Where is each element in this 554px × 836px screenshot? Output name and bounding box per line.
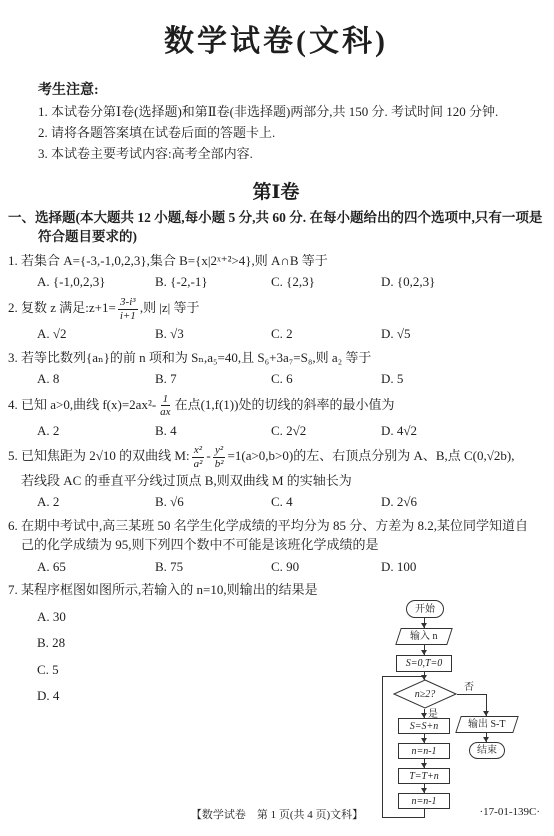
fraction-denominator: a² (192, 458, 205, 471)
flowchart-output-node: 输出 S-T (455, 716, 519, 733)
option-a: A. √2 (37, 324, 155, 344)
volume-title: 第Ⅰ卷 (8, 177, 544, 204)
question-6-stem-line1: 6. 在期中考试中,高三某班 50 名学生化学成绩的平均分为 85 分、方差为 … (8, 516, 544, 536)
flowchart-no-label: 否 (464, 680, 474, 695)
fraction-numerator: 3-i³ (118, 296, 138, 310)
option-b: B. √3 (155, 324, 271, 344)
option-c: C. 2√2 (271, 421, 381, 441)
notice-item: 3. 本试卷主要考试内容:高考全部内容. (38, 144, 544, 165)
question-1-stem: 1. 若集合 A={-3,-1,0,2,3},集合 B={x|2ˣ⁺²>4},则… (8, 251, 544, 271)
stem-text: 2. 复数 z 满足:z+1= (8, 300, 116, 315)
option-c: C. 6 (271, 369, 381, 389)
fraction-numerator: x² (192, 444, 204, 458)
option-c: C. {2,3} (271, 272, 381, 292)
fraction-numerator: y² (213, 444, 225, 458)
part-heading-line1: 一、选择题(本大题共 12 小题,每小题 5 分,共 60 分. 在每小题给出的… (8, 208, 544, 228)
stem-text: - (206, 449, 210, 464)
option-a: A. 65 (37, 557, 155, 577)
fraction: y²b² (213, 444, 226, 470)
option-b: B. 4 (155, 421, 271, 441)
question-5-stem-line2: 若线段 AC 的垂直平分线过顶点 B,则双曲线 M 的实轴长为 (8, 471, 544, 491)
flowchart-dec-n1-node: n=n-1 (398, 743, 450, 759)
arrow-down-icon (421, 738, 427, 743)
question-1: 1. 若集合 A={-3,-1,0,2,3},集合 B={x|2ˣ⁺²>4},则… (8, 251, 544, 292)
arrow-down-icon (421, 650, 427, 655)
arrow-down-icon (421, 713, 427, 718)
page-title: 数学试卷(文科) (8, 16, 544, 60)
flow-line (382, 676, 383, 818)
question-1-options: A. {-1,0,2,3} B. {-2,-1} C. {2,3} D. {0,… (8, 272, 544, 292)
flowchart-output-label: 输出 S-T (468, 717, 506, 732)
question-6: 6. 在期中考试中,高三某班 50 名学生化学成绩的平均分为 85 分、方差为 … (8, 516, 544, 577)
page-content: 数学试卷(文科) 考生注意: 1. 本试卷分第Ⅰ卷(选择题)和第Ⅱ卷(非选择题)… (0, 0, 554, 832)
option-a: A. 8 (37, 369, 155, 389)
notice-item: 1. 本试卷分第Ⅰ卷(选择题)和第Ⅱ卷(非选择题)两部分,共 150 分. 考试… (38, 102, 544, 123)
option-c: C. 2 (271, 324, 381, 344)
fraction: 1ax (158, 393, 172, 419)
option-b: B. √6 (155, 492, 271, 512)
question-3-stem: 3. 若等比数列{aₙ}的前 n 项和为 Sₙ,a₅=40,且 S₆+3a₇=S… (8, 348, 544, 368)
flowchart-init-node: S=0,T=0 (396, 655, 452, 672)
program-flowchart: 开始 输入 n S=0,T=0 n≥2? 否 是 S=S+n 输出 S-T 结束… (368, 594, 538, 826)
stem-text: 5. 已知焦距为 2√10 的双曲线 M: (8, 449, 190, 464)
option-d: D. 5 (381, 369, 544, 389)
question-2: 2. 复数 z 满足:z+1=3-i³i+1,则 |z| 等于 A. √2 B.… (8, 296, 544, 344)
arrow-down-icon (483, 711, 489, 716)
footer-page-number: 【数学试卷 第 1 页(共 4 页)文科】 (0, 806, 554, 822)
question-2-options: A. √2 B. √3 C. 2 D. √5 (8, 324, 544, 344)
option-c: C. 4 (271, 492, 381, 512)
part-heading: 一、选择题(本大题共 12 小题,每小题 5 分,共 60 分. 在每小题给出的… (8, 208, 544, 247)
fraction-denominator: i+1 (118, 310, 138, 323)
part-heading-line2: 符合题目要求的) (8, 227, 544, 247)
arrow-down-icon (421, 763, 427, 768)
flow-line (382, 676, 424, 677)
option-d: D. 2√6 (381, 492, 544, 512)
question-3-options: A. 8 B. 7 C. 6 D. 5 (8, 369, 544, 389)
question-2-stem: 2. 复数 z 满足:z+1=3-i³i+1,则 |z| 等于 (8, 296, 544, 322)
stem-text: =1(a>0,b>0)的左、右顶点分别为 A、B,点 C(0,√2b), (228, 449, 515, 464)
footer-document-code: ·17-01-139C· (480, 806, 541, 818)
question-7: 7. 某程序框图如图所示,若输入的 n=10,则输出的结果是 A. 30 B. … (8, 580, 544, 832)
arrow-down-icon (483, 737, 489, 742)
question-4-options: A. 2 B. 4 C. 2√2 D. 4√2 (8, 421, 544, 441)
option-b: B. 7 (155, 369, 271, 389)
flow-line (457, 694, 487, 695)
option-d: D. {0,2,3} (381, 272, 544, 292)
flowchart-input-node: 输入 n (395, 628, 453, 645)
notice-block: 考生注意: 1. 本试卷分第Ⅰ卷(选择题)和第Ⅱ卷(非选择题)两部分,共 150… (38, 80, 544, 165)
option-c: C. 90 (271, 557, 381, 577)
question-5-stem: 5. 已知焦距为 2√10 的双曲线 M:x²a²-y²b²=1(a>0,b>0… (8, 444, 544, 470)
fraction-denominator: b² (213, 458, 226, 471)
fraction: 3-i³i+1 (118, 296, 138, 322)
question-4: 4. 已知 a>0,曲线 f(x)=2ax²-1ax在点(1,f(1))处的切线… (8, 393, 544, 441)
option-a: A. {-1,0,2,3} (37, 272, 155, 292)
option-d: D. 4√2 (381, 421, 544, 441)
option-a: A. 2 (37, 492, 155, 512)
option-b: B. 75 (155, 557, 271, 577)
page-footer: 【数学试卷 第 1 页(共 4 页)文科】 ·17-01-139C· (0, 806, 554, 822)
arrow-down-icon (421, 788, 427, 793)
option-a: A. 2 (37, 421, 155, 441)
flowchart-input-label: 输入 n (410, 629, 438, 644)
fraction: x²a² (192, 444, 205, 470)
flowchart-condition-label: n≥2? (393, 687, 457, 702)
question-5-options: A. 2 B. √6 C. 4 D. 2√6 (8, 492, 544, 512)
question-6-stem-line2: 己的化学成绩为 95,则下列四个数中不可能是该班化学成绩的是 (8, 535, 544, 555)
stem-text: 4. 已知 a>0,曲线 f(x)=2ax²- (8, 397, 156, 412)
flowchart-add-s-node: S=S+n (398, 718, 450, 734)
flowchart-end-node: 结束 (469, 742, 505, 759)
question-6-options: A. 65 B. 75 C. 90 D. 100 (8, 557, 544, 577)
notice-heading: 考生注意: (38, 80, 544, 102)
flowchart-start-node: 开始 (406, 600, 444, 618)
option-d: D. 100 (381, 557, 544, 577)
stem-text: ,则 |z| 等于 (140, 300, 200, 315)
flowchart-add-t-node: T=T+n (398, 768, 450, 784)
notice-item: 2. 请将各题答案填在试卷后面的答题卡上. (38, 123, 544, 144)
option-d: D. √5 (381, 324, 544, 344)
exam-page: 数学试卷(文科) 考生注意: 1. 本试卷分第Ⅰ卷(选择题)和第Ⅱ卷(非选择题)… (0, 0, 554, 836)
question-5: 5. 已知焦距为 2√10 的双曲线 M:x²a²-y²b²=1(a>0,b>0… (8, 444, 544, 511)
arrow-down-icon (421, 623, 427, 628)
question-4-stem: 4. 已知 a>0,曲线 f(x)=2ax²-1ax在点(1,f(1))处的切线… (8, 393, 544, 419)
fraction-numerator: 1 (161, 393, 171, 407)
stem-text: 在点(1,f(1))处的切线的斜率的最小值为 (175, 397, 395, 412)
question-3: 3. 若等比数列{aₙ}的前 n 项和为 Sₙ,a₅=40,且 S₆+3a₇=S… (8, 348, 544, 389)
option-b: B. {-2,-1} (155, 272, 271, 292)
fraction-denominator: ax (158, 406, 172, 419)
